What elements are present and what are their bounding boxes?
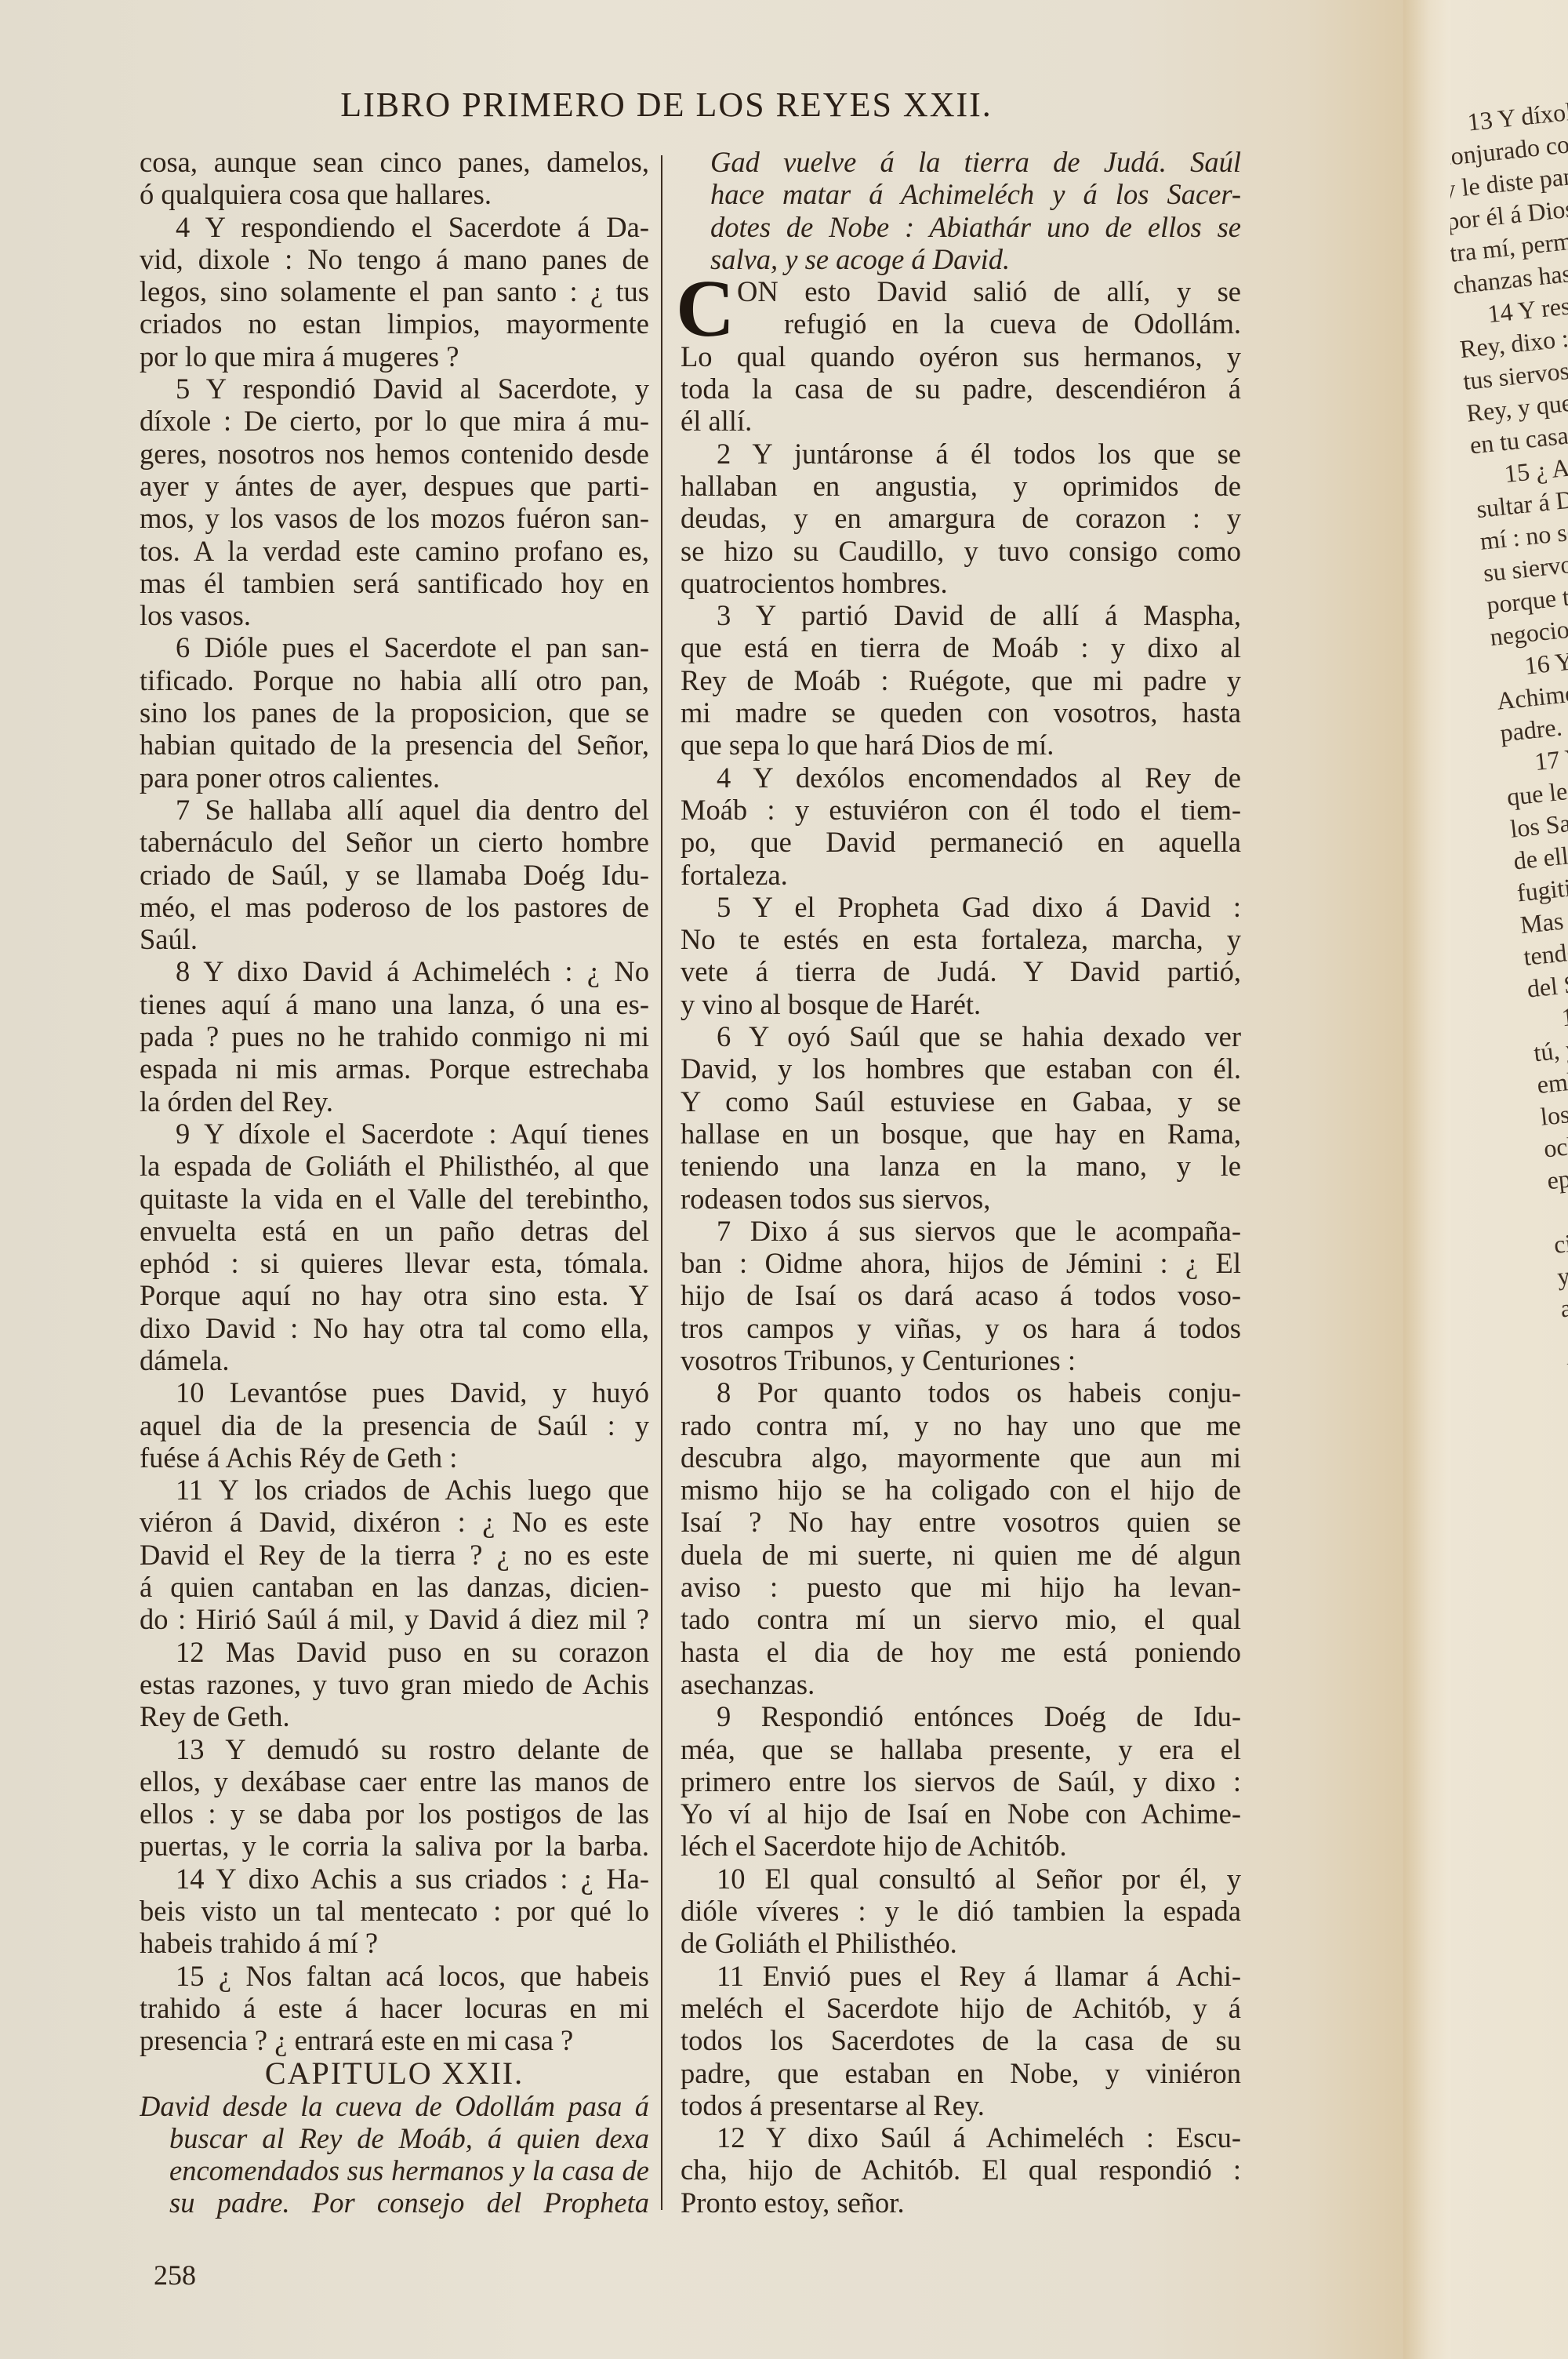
verse-line: la órden del Rey.	[140, 1085, 649, 1118]
verse-line: ephód : si quieres llevar esta, tómala.	[140, 1247, 649, 1279]
verse-line: ellos, y dexábase caer entre las manos d…	[140, 1765, 649, 1797]
facing-page-text: 13 Y díxole Saúconjurado contra my le di…	[1450, 85, 1568, 2157]
verse-line: 11 Envió pues el Rey á llamar á Achi-	[681, 1960, 1241, 1992]
verse-line: 13 Y demudó su rostro delante de	[140, 1733, 649, 1765]
verse-line: padre, que estaban en Nobe, y viniéron	[681, 2057, 1241, 2089]
verse-line: por lo que mira á mugeres ?	[140, 340, 649, 373]
verse-line: Isaí ? No hay entre vosotros quien se	[681, 1506, 1241, 1538]
right-column-verses: Lo qual quando oyéron sus hermanos, ytod…	[681, 340, 1241, 2219]
verse-line: 3 Y partió David de allí á Maspha,	[681, 599, 1241, 631]
summary-line: salva, y se acoge á David.	[681, 243, 1241, 275]
chapter-heading: CAPITULO XXII.	[140, 2057, 649, 2090]
verse-line: la espada de Goliáth el Philisthéo, al q…	[140, 1150, 649, 1182]
verse-line: ban : Oidme ahora, hijos de Jémini : ¿ E…	[681, 1247, 1241, 1279]
verse-line: 8 Y dixo David á Achimeléch : ¿ No	[140, 955, 649, 987]
verse-line: tienes aquí á mano una lanza, ó una es-	[140, 988, 649, 1020]
verse-line: tos. A la verdad este camino profano es,	[140, 535, 649, 567]
verse-line: 4 Y dexólos encomendados al Rey de	[681, 761, 1241, 794]
verse-line: puertas, y le corria la saliva por la ba…	[140, 1830, 649, 1862]
verse-line: habian quitado de la presencia del Señor…	[140, 729, 649, 761]
verse-line: beis visto un tal mentecato : por qué lo	[140, 1895, 649, 1927]
book-gutter	[1403, 0, 1450, 2359]
verse-line: 2 Y juntáronse á él todos los que se	[681, 438, 1241, 470]
verse-line: 14 Y dixo Achis a sus criados : ¿ Ha-	[140, 1863, 649, 1895]
verse-line: vete á tierra de Judá. Y David partió,	[681, 955, 1241, 987]
verse-line: mismo hijo se ha coligado con el hijo de	[681, 1474, 1241, 1506]
verse-line: ellos : y se daba por los postigos de la…	[140, 1797, 649, 1830]
verse-line: méo, el mas poderoso de los pastores de	[140, 891, 649, 923]
verse-line: tificado. Porque no habia allí otro pan,	[140, 664, 649, 696]
verse-line: que sepa lo que hará Dios de mí.	[681, 729, 1241, 761]
verse-line: estas razones, y tuvo gran miedo de Achi…	[140, 1668, 649, 1700]
running-head: LIBRO PRIMERO DE LOS REYES XXII.	[0, 85, 1333, 125]
verse-line: Porque aquí no hay otra sino esta. Y	[140, 1279, 649, 1311]
verse-line: meléch el Sacerdote hijo de Achitób, y á	[681, 1992, 1241, 2024]
verse-line: hallase en un bosque, que hay en Rama,	[681, 1118, 1241, 1150]
chapter-opening: C ON esto David salió de allí, y serefug…	[681, 275, 1241, 340]
verse-line: trahido á este á hacer locuras en mi	[140, 1992, 649, 2024]
verse-line: criados no estan limpios, mayormente	[140, 307, 649, 340]
verse-line: tros campos y viñas, y os hara á todos	[681, 1312, 1241, 1344]
verse-line: fuése á Achis Réy de Geth :	[140, 1441, 649, 1474]
verse-line: do : Hirió Saúl á mil, y David á diez mi…	[140, 1603, 649, 1635]
verse-line: vosotros Tribunos, y Centuriones :	[681, 1344, 1241, 1376]
summary-line: hace matar á Achimeléch y á los Sacer-	[681, 178, 1241, 210]
verse-line: Moáb : y estuviéron con él todo el tiem-	[681, 794, 1241, 826]
verse-line: ó qualquiera cosa que hallares.	[140, 178, 649, 210]
verse-line: quitaste la vida en el Valle del terebin…	[140, 1183, 649, 1215]
drop-cap-lines: ON esto David salió de allí, y serefugió…	[681, 275, 1241, 340]
verse-line: rado contra mí, y no hay uno que me	[681, 1409, 1241, 1441]
verse-line: quatrocientos hombres.	[681, 567, 1241, 599]
verse-line: 10 Levantóse pues David, y huyó	[140, 1376, 649, 1408]
verse-line: todos á presentarse al Rey.	[681, 2089, 1241, 2121]
verse-line: Y como Saúl estuviese en Gabaa, y se	[681, 1085, 1241, 1118]
verse-line: teniendo una lanza en la mano, y le	[681, 1150, 1241, 1182]
verse-line: Saúl.	[140, 923, 649, 955]
verse-line: 12 Mas David puso en su corazon	[140, 1636, 649, 1668]
summary-line: su padre. Por consejo del Propheta	[140, 2186, 649, 2219]
verse-line: se hizo su Caudillo, y tuvo consigo como	[681, 535, 1241, 567]
verse-line: los vasos.	[140, 599, 649, 631]
verse-line: 7 Se hallaba allí aquel dia dentro del	[140, 794, 649, 826]
verse-line: vid, dixole : No tengo á mano panes de	[140, 243, 649, 275]
summary-line: encomendados sus hermanos y la casa de	[140, 2154, 649, 2186]
verse-line: 12 Y dixo Saúl á Achimeléch : Escu-	[681, 2121, 1241, 2154]
verse-line: criado de Saúl, y se llamaba Doég Idu-	[140, 859, 649, 891]
verse-line: aviso : puesto que mi hijo ha levan-	[681, 1571, 1241, 1603]
verse-line: y vino al bosque de Harét.	[681, 988, 1241, 1020]
verse-line: 7 Dixo á sus siervos que le acompaña-	[681, 1215, 1241, 1247]
verse-line: David el Rey de la tierra ? ¿ no es este	[140, 1539, 649, 1571]
verse-line: duela de mi suerte, ni quien me dé algun	[681, 1539, 1241, 1571]
verse-line: primero entre los siervos de Saúl, y dix…	[681, 1765, 1241, 1797]
verse-line: dixo David : No hay otra tal como ella,	[140, 1312, 649, 1344]
verse-line: Lo qual quando oyéron sus hermanos, y	[681, 340, 1241, 373]
verse-line: descubra algo, mayormente que aun mi	[681, 1441, 1241, 1474]
verse-line: 9 Respondió entónces Doég de Idu-	[681, 1700, 1241, 1732]
verse-line: presencia ? ¿ entrará este en mi casa ?	[140, 2024, 649, 2056]
verse-line: 10 El qual consultó al Señor por él, y	[681, 1863, 1241, 1895]
verse-line: David, y los hombres que estaban con él.	[681, 1052, 1241, 1085]
verse-line: asechanzas.	[681, 1668, 1241, 1700]
verse-line: pada ? pues no he trahido conmigo ni mi	[140, 1020, 649, 1052]
summary-line: buscar al Rey de Moáb, á quien dexa	[140, 2122, 649, 2154]
verse-line: dámela.	[140, 1344, 649, 1376]
drop-cap: C	[676, 274, 735, 344]
verse-line: 15 ¿ Nos faltan acá locos, que habeis	[140, 1960, 649, 1992]
verse-line: díxole : De cierto, por lo que mira á mu…	[140, 405, 649, 437]
verse-line: cosa, aunque sean cinco panes, damelos,	[140, 146, 649, 178]
verse-line: fortaleza.	[681, 859, 1241, 891]
verse-line: Yo ví al hijo de Isaí en Nobe con Achime…	[681, 1797, 1241, 1830]
verse-line: ON esto David salió de allí, y se	[737, 275, 1241, 307]
verse-line: po, que David permaneció en aquella	[681, 826, 1241, 858]
verse-line: envuelta está en un paño detras del	[140, 1215, 649, 1247]
facing-page: 13 Y díxole Saúconjurado contra my le di…	[1450, 0, 1568, 2359]
verse-line: cha, hijo de Achitób. El qual respondió …	[681, 2154, 1241, 2186]
verse-line: 8 Por quanto todos os habeis conju-	[681, 1376, 1241, 1408]
verse-line: rodeasen todos sus siervos,	[681, 1183, 1241, 1215]
verse-line: mos, y los vasos de los mozos fuéron san…	[140, 502, 649, 534]
verse-line: deudas, y en amargura de corazon : y	[681, 502, 1241, 534]
verse-line: 11 Y los criados de Achis luego que	[140, 1474, 649, 1506]
verse-line: dióle víveres : y le dió tambien la espa…	[681, 1895, 1241, 1927]
verse-line: viéron á David, dixéron : ¿ No es este	[140, 1506, 649, 1538]
verse-line: 9 Y díxole el Sacerdote : Aquí tienes	[140, 1118, 649, 1150]
page-number: 258	[154, 2259, 196, 2292]
verse-line: hijo de Isaí os dará acaso á todos voso-	[681, 1279, 1241, 1311]
verse-line: geres, nosotros nos hemos contenido desd…	[140, 438, 649, 470]
verse-line: 6 Dióle pues el Sacerdote el pan san-	[140, 631, 649, 663]
verse-line: aquel dia de la presencia de Saúl : y	[140, 1409, 649, 1441]
verse-line: 5 Y el Propheta Gad dixo á David :	[681, 891, 1241, 923]
verse-line: habeis trahido á mí ?	[140, 1927, 649, 1959]
verse-line: léch el Sacerdote hijo de Achitób.	[681, 1830, 1241, 1862]
verse-line: á quien cantaban en las danzas, dicien-	[140, 1571, 649, 1603]
verse-line: tado contra mí un siervo mio, el qual	[681, 1603, 1241, 1635]
verse-line: ayer y ántes de ayer, despues que parti-	[140, 470, 649, 502]
verse-line: Rey de Geth.	[140, 1700, 649, 1732]
summary-line: Gad vuelve á la tierra de Judá. Saúl	[681, 146, 1241, 178]
verse-line: 5 Y respondió David al Sacerdote, y	[140, 373, 649, 405]
verse-line: toda la casa de su padre, descendiéron á	[681, 373, 1241, 405]
verse-line: hasta el dia de hoy me está poniendo	[681, 1636, 1241, 1668]
verse-line: No te estés en esta fortaleza, marcha, y	[681, 923, 1241, 955]
verse-line: sino los panes de la proposicion, que se	[140, 696, 649, 729]
left-column-verses: cosa, aunque sean cinco panes, damelos,ó…	[140, 146, 649, 2057]
verse-line: que está en tierra de Moáb : y dixo al	[681, 631, 1241, 663]
verse-line: legos, sino solamente el pan santo : ¿ t…	[140, 275, 649, 307]
right-column: Gad vuelve á la tierra de Judá. Saúlhace…	[681, 146, 1241, 2219]
verse-line: para poner otros calientes.	[140, 761, 649, 794]
verse-line: mi madre se queden con vosotros, hasta	[681, 696, 1241, 729]
verse-line: Rey de Moáb : Ruégote, que mi padre y	[681, 664, 1241, 696]
verse-line: méa, que se hallaba presente, y era el	[681, 1733, 1241, 1765]
verse-line: 4 Y respondiendo el Sacerdote á Da-	[140, 211, 649, 243]
verse-line: de Goliáth el Philisthéo.	[681, 1927, 1241, 1959]
verse-line: refugió en la cueva de Odollám.	[737, 307, 1241, 340]
verse-line: espada ni mis armas. Porque estrechaba	[140, 1052, 649, 1085]
chapter-summary: David desde la cueva de Odollám pasa ábu…	[140, 2090, 649, 2219]
verse-line: mas él tambien será santificado hoy en	[140, 567, 649, 599]
verse-line: todos los Sacerdotes de la casa de su	[681, 2024, 1241, 2056]
summary-line: dotes de Nobe : Abiathár uno de ellos se	[681, 211, 1241, 243]
verse-line: él allí.	[681, 405, 1241, 437]
left-column: cosa, aunque sean cinco panes, damelos,ó…	[140, 146, 649, 2219]
verse-line: tabernáculo del Señor un cierto hombre	[140, 826, 649, 858]
column-divider	[661, 155, 662, 2210]
chapter-summary-continued: Gad vuelve á la tierra de Judá. Saúlhace…	[681, 146, 1241, 275]
summary-line: David desde la cueva de Odollám pasa á	[140, 2090, 649, 2122]
verse-line: Pronto estoy, señor.	[681, 2186, 1241, 2219]
verse-line: hallaban en angustia, y oprimidos de	[681, 470, 1241, 502]
verse-line: 6 Y oyó Saúl que se hahia dexado ver	[681, 1020, 1241, 1052]
